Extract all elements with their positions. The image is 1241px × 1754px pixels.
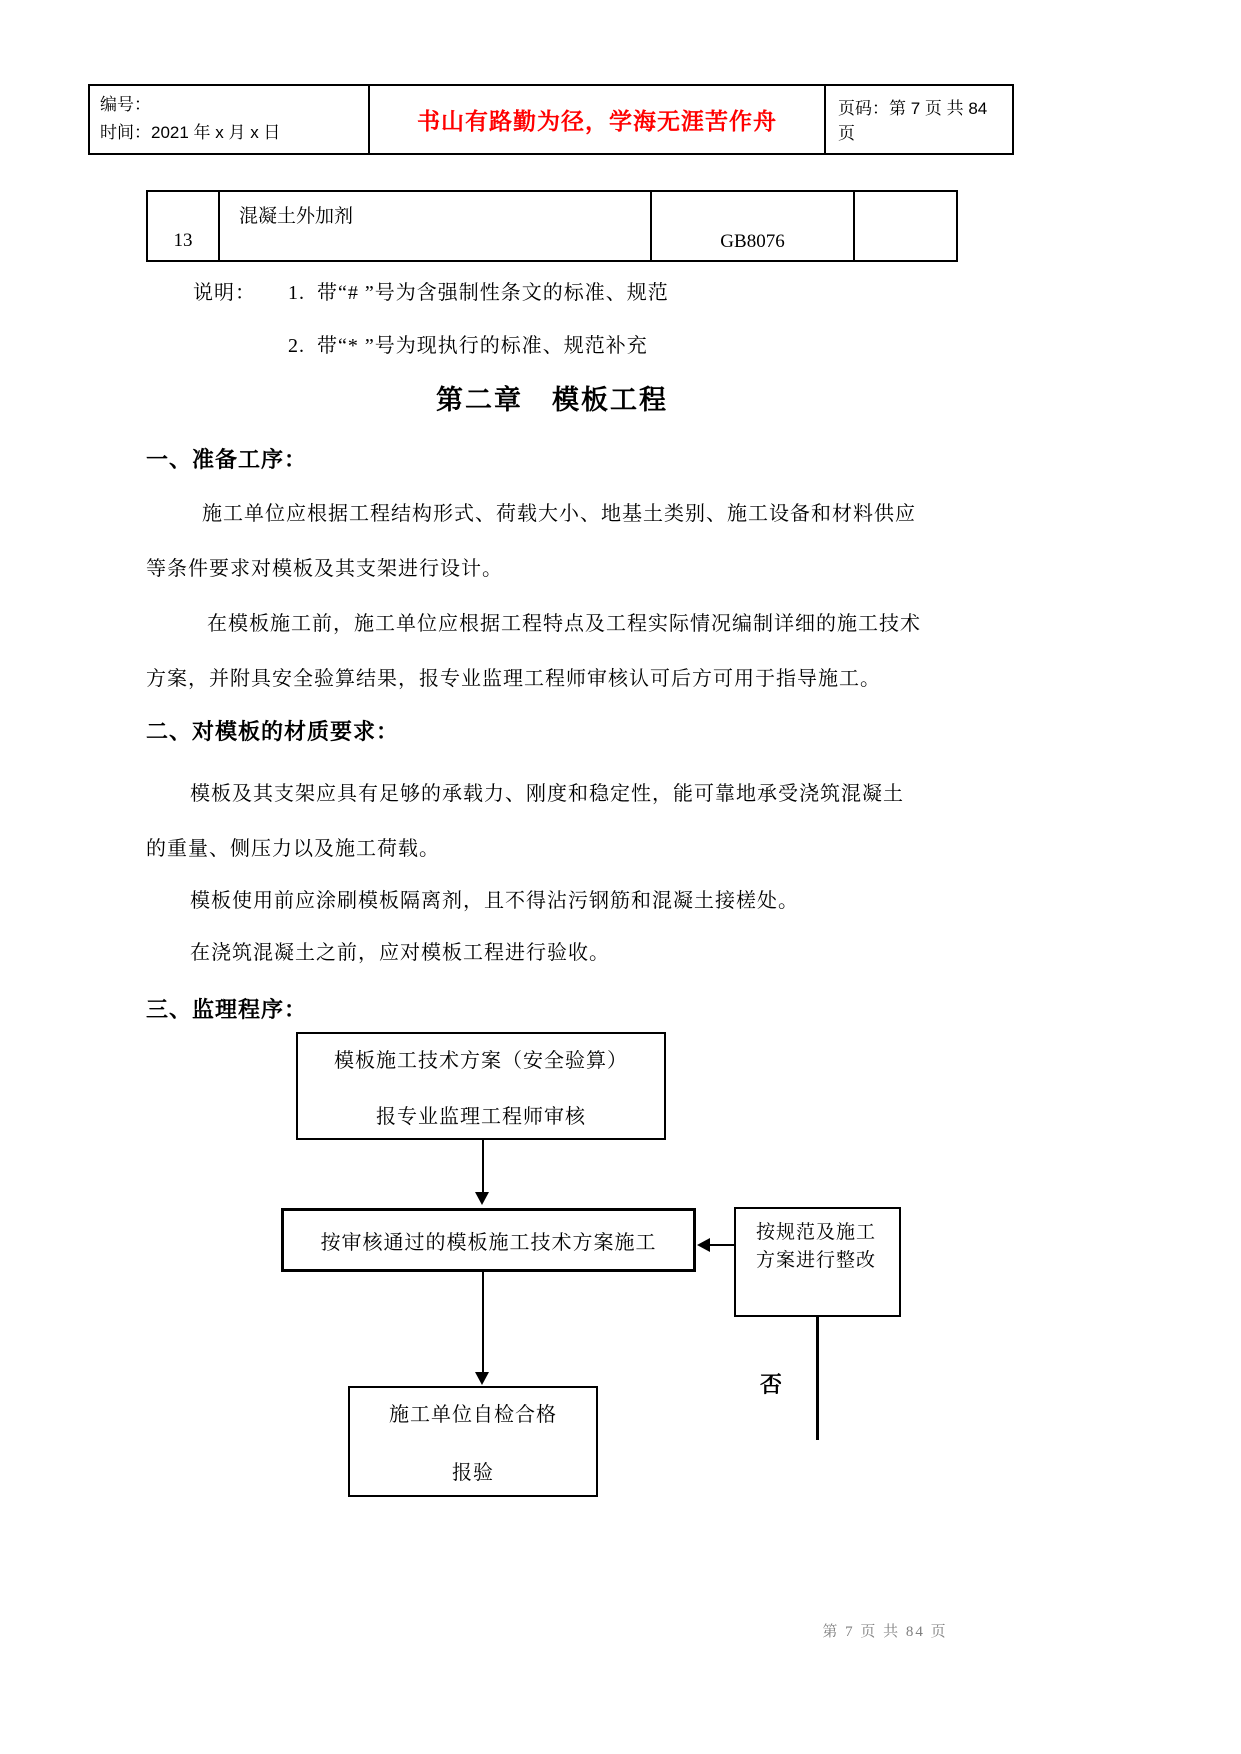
flowchart-arrow-1-line [482,1140,484,1193]
standards-table-row: 13 混凝土外加剂 GB8076 [146,190,958,262]
flowchart-box2-label: 按审核通过的模板施工技术方案施工 [321,1226,657,1255]
header-motto: 书山有路勤为径，学海无涯苦作舟 [370,86,826,153]
document-page: 编号： 时间：2021 年 x 月 x 日 书山有路勤为径，学海无涯苦作舟 页码… [0,0,1241,1754]
flowchart-arrow-2-line [482,1272,484,1373]
section-1-line-4: 方案，并附具安全验算结果，报专业监理工程师审核认可后方可用于指导施工。 [146,662,881,691]
flowchart-side-arrow-line [710,1244,734,1246]
flowchart-no-branch-line [816,1317,819,1440]
section-2-line-2: 的重量、侧压力以及施工荷载。 [146,832,440,861]
section-2-line-4: 在浇筑混凝土之前，应对模板工程进行验收。 [190,936,610,965]
header-number-label: 编号： [100,91,358,119]
standards-row-name: 混凝土外加剂 [220,192,652,260]
section-1-line-2: 等条件要求对模板及其支架进行设计。 [146,552,503,581]
arrow-down-icon [475,1192,489,1205]
flowchart-box3-line2: 报验 [452,1456,494,1485]
flowchart-side-box-label: 按规范及施工方案进行整改 [756,1219,891,1275]
arrow-down-icon-2 [475,1372,489,1385]
arrow-left-icon [697,1238,710,1252]
standards-row-note [855,192,956,260]
header-time-label: 时间：2021 年 x 月 x 日 [100,119,358,147]
flowchart-box-rectify: 按规范及施工方案进行整改 [734,1207,901,1317]
header-table: 编号： 时间：2021 年 x 月 x 日 书山有路勤为径，学海无涯苦作舟 页码… [88,84,1014,155]
section-2-line-3: 模板使用前应涂刷模板隔离剂，且不得沾污钢筋和混凝土接槎处。 [190,884,799,913]
flowchart-box-plan-review: 模板施工技术方案（安全验算） 报专业监理工程师审核 [296,1032,666,1140]
section-3-heading: 三、监理程序： [146,993,307,1024]
footer-page-number: 第 7 页 共 84 页 [800,1620,970,1641]
standards-row-code: GB8076 [652,192,855,260]
flowchart-box1-line2: 报专业监理工程师审核 [376,1100,586,1129]
standards-row-number: 13 [148,192,220,260]
section-1-line-1: 施工单位应根据工程结构形式、荷载大小、地基土类别、施工设备和材料供应 [202,497,916,526]
section-2-line-1: 模板及其支架应具有足够的承载力、刚度和稳定性，能可靠地承受浇筑混凝土 [190,777,904,806]
section-2-heading: 二、对模板的材质要求： [146,715,399,746]
notes-label: 说明： [193,276,256,305]
notes-item-1: 1. 带“# ”号为含强制性条文的标准、规范 [288,276,669,305]
header-page-label: 页码：第 7 页 共 84 页 [826,86,1012,153]
section-1-heading: 一、准备工序： [146,443,307,474]
section-1-line-3: 在模板施工前，施工单位应根据工程特点及工程实际情况编制详细的施工技术 [207,607,921,636]
flowchart-box-construct: 按审核通过的模板施工技术方案施工 [281,1208,696,1272]
flowchart-box1-line1: 模板施工技术方案（安全验算） [334,1044,628,1073]
notes-item-2: 2. 带“* ”号为现执行的标准、规范补充 [288,329,648,358]
flowchart-no-label: 否 [760,1368,783,1399]
header-number-time-cell: 编号： 时间：2021 年 x 月 x 日 [90,86,370,153]
flowchart-box-self-check: 施工单位自检合格 报验 [348,1386,598,1497]
flowchart-box3-line1: 施工单位自检合格 [389,1398,557,1427]
chapter-title: 第二章 模板工程 [146,378,958,417]
